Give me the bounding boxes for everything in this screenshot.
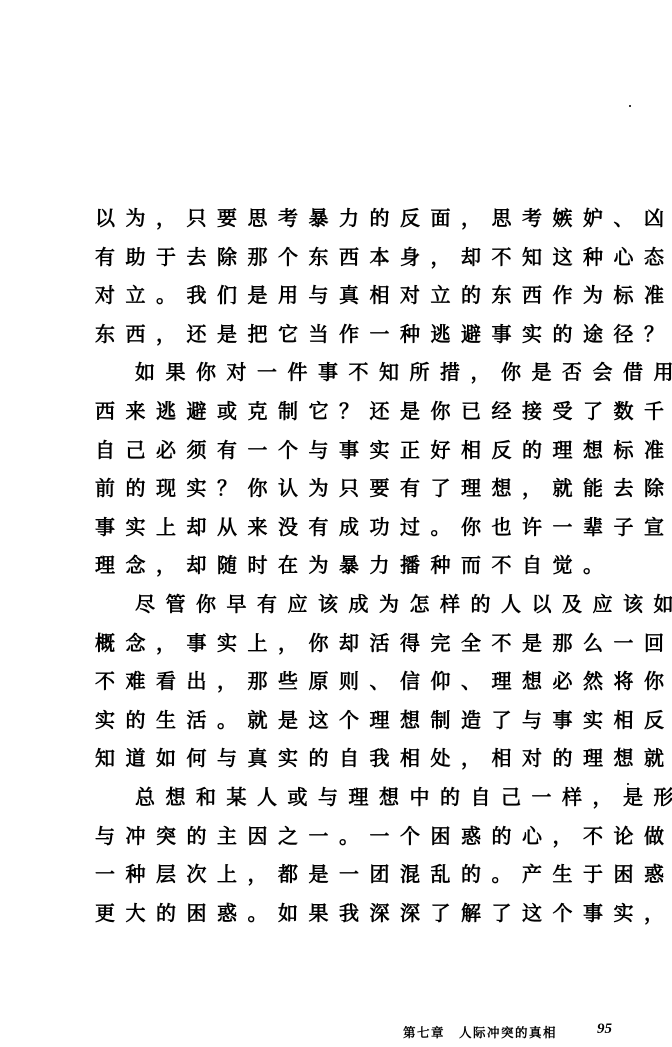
paragraph-first-line: 总想和某人或与理想中的自己一样，是形成矛盾、困惑 <box>95 778 625 817</box>
text-line: 东西，还是把它当作一种逃避事实的途径？ <box>95 315 625 354</box>
text-line: 西来逃避或克制它？还是你已经接受了数千年的洗脑，认为 <box>95 392 625 431</box>
chapter-title: 第七章 人际冲突的真相 <box>403 1025 557 1040</box>
text-line: 有助于去除那个东西本身，却不知这种心态正助长了内心的 <box>95 238 625 277</box>
text-line: 实的生活。就是这个理想制造了与事实相反的情境，如果你 <box>95 701 625 740</box>
text-line: 理念，却随时在为暴力播种而不自觉。 <box>95 546 625 585</box>
text-line: 一种层次上，都是一团混乱的。产生于困惑的行为时常导致 <box>95 855 625 894</box>
paragraph-first-line: 尽管你早有应该成为怎样的人以及应该如何待人处事的 <box>95 585 625 624</box>
page-number: 95 <box>597 1021 612 1038</box>
text-line: 以为，只要思考暴力的反面，思考嫉妒、凶恶的反面，就会 <box>95 199 625 238</box>
text-line: 与冲突的主因之一。一个困惑的心，不论做任何事、在任何 <box>95 817 625 856</box>
text-line: 前的现实？你认为只要有了理想，就能去除当前的困境，但 <box>95 469 625 508</box>
body-text: 以为，只要思考暴力的反面，思考嫉妒、凶恶的反面，就会 有助于去除那个东西本身，却… <box>95 199 625 932</box>
text-line: 知道如何与真实的自我相处，相对的理想就不需要了。 <box>95 739 625 778</box>
text-line: 概念，事实上，你却活得完全不是那么一回事。因此，我们 <box>95 624 625 663</box>
text-line: 更大的困惑。如果我深深了解了这个事实，看到它就好像看 <box>95 894 625 933</box>
text-line: 自己必须有一个与事实正好相反的理想标准，才能够应付当 <box>95 431 625 470</box>
text-line: 不难看出，那些原则、信仰、理想必然将你带入一种虚而不 <box>95 662 625 701</box>
scan-speck <box>629 105 631 107</box>
text-line: 事实上却从来没有成功过。你也许一辈子宣扬“非暴力”的 <box>95 508 625 547</box>
paragraph-first-line: 如果你对一件事不知所措，你是否会借用与它相对的东 <box>95 353 625 392</box>
page-footer: 第七章 人际冲突的真相 95 <box>403 1023 557 1041</box>
book-page: 以为，只要思考暴力的反面，思考嫉妒、凶恶的反面，就会 有助于去除那个东西本身，却… <box>0 0 672 1047</box>
text-line: 对立。我们是用与真相对立的东西作为标准，来驱除本有的 <box>95 276 625 315</box>
